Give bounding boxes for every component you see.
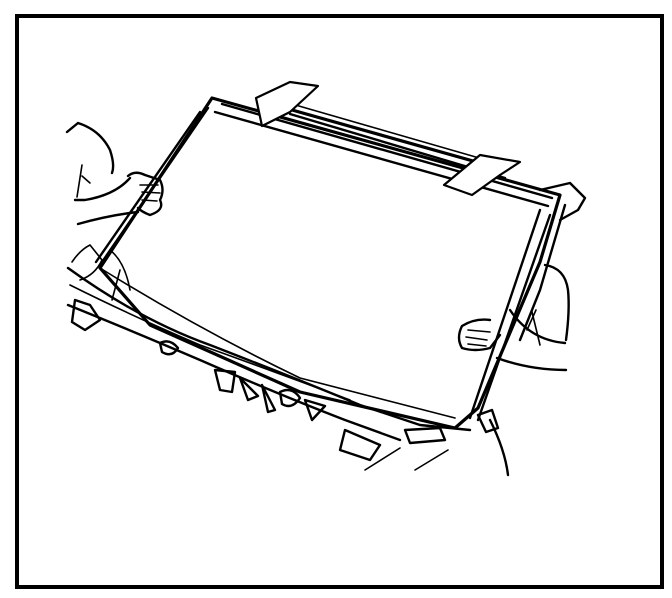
windshield-installation-illustration — [0, 0, 672, 598]
person-left-arm — [67, 123, 163, 224]
roof-rail — [285, 104, 585, 340]
support-strap-right — [444, 155, 520, 195]
windshield-glass — [96, 98, 560, 428]
